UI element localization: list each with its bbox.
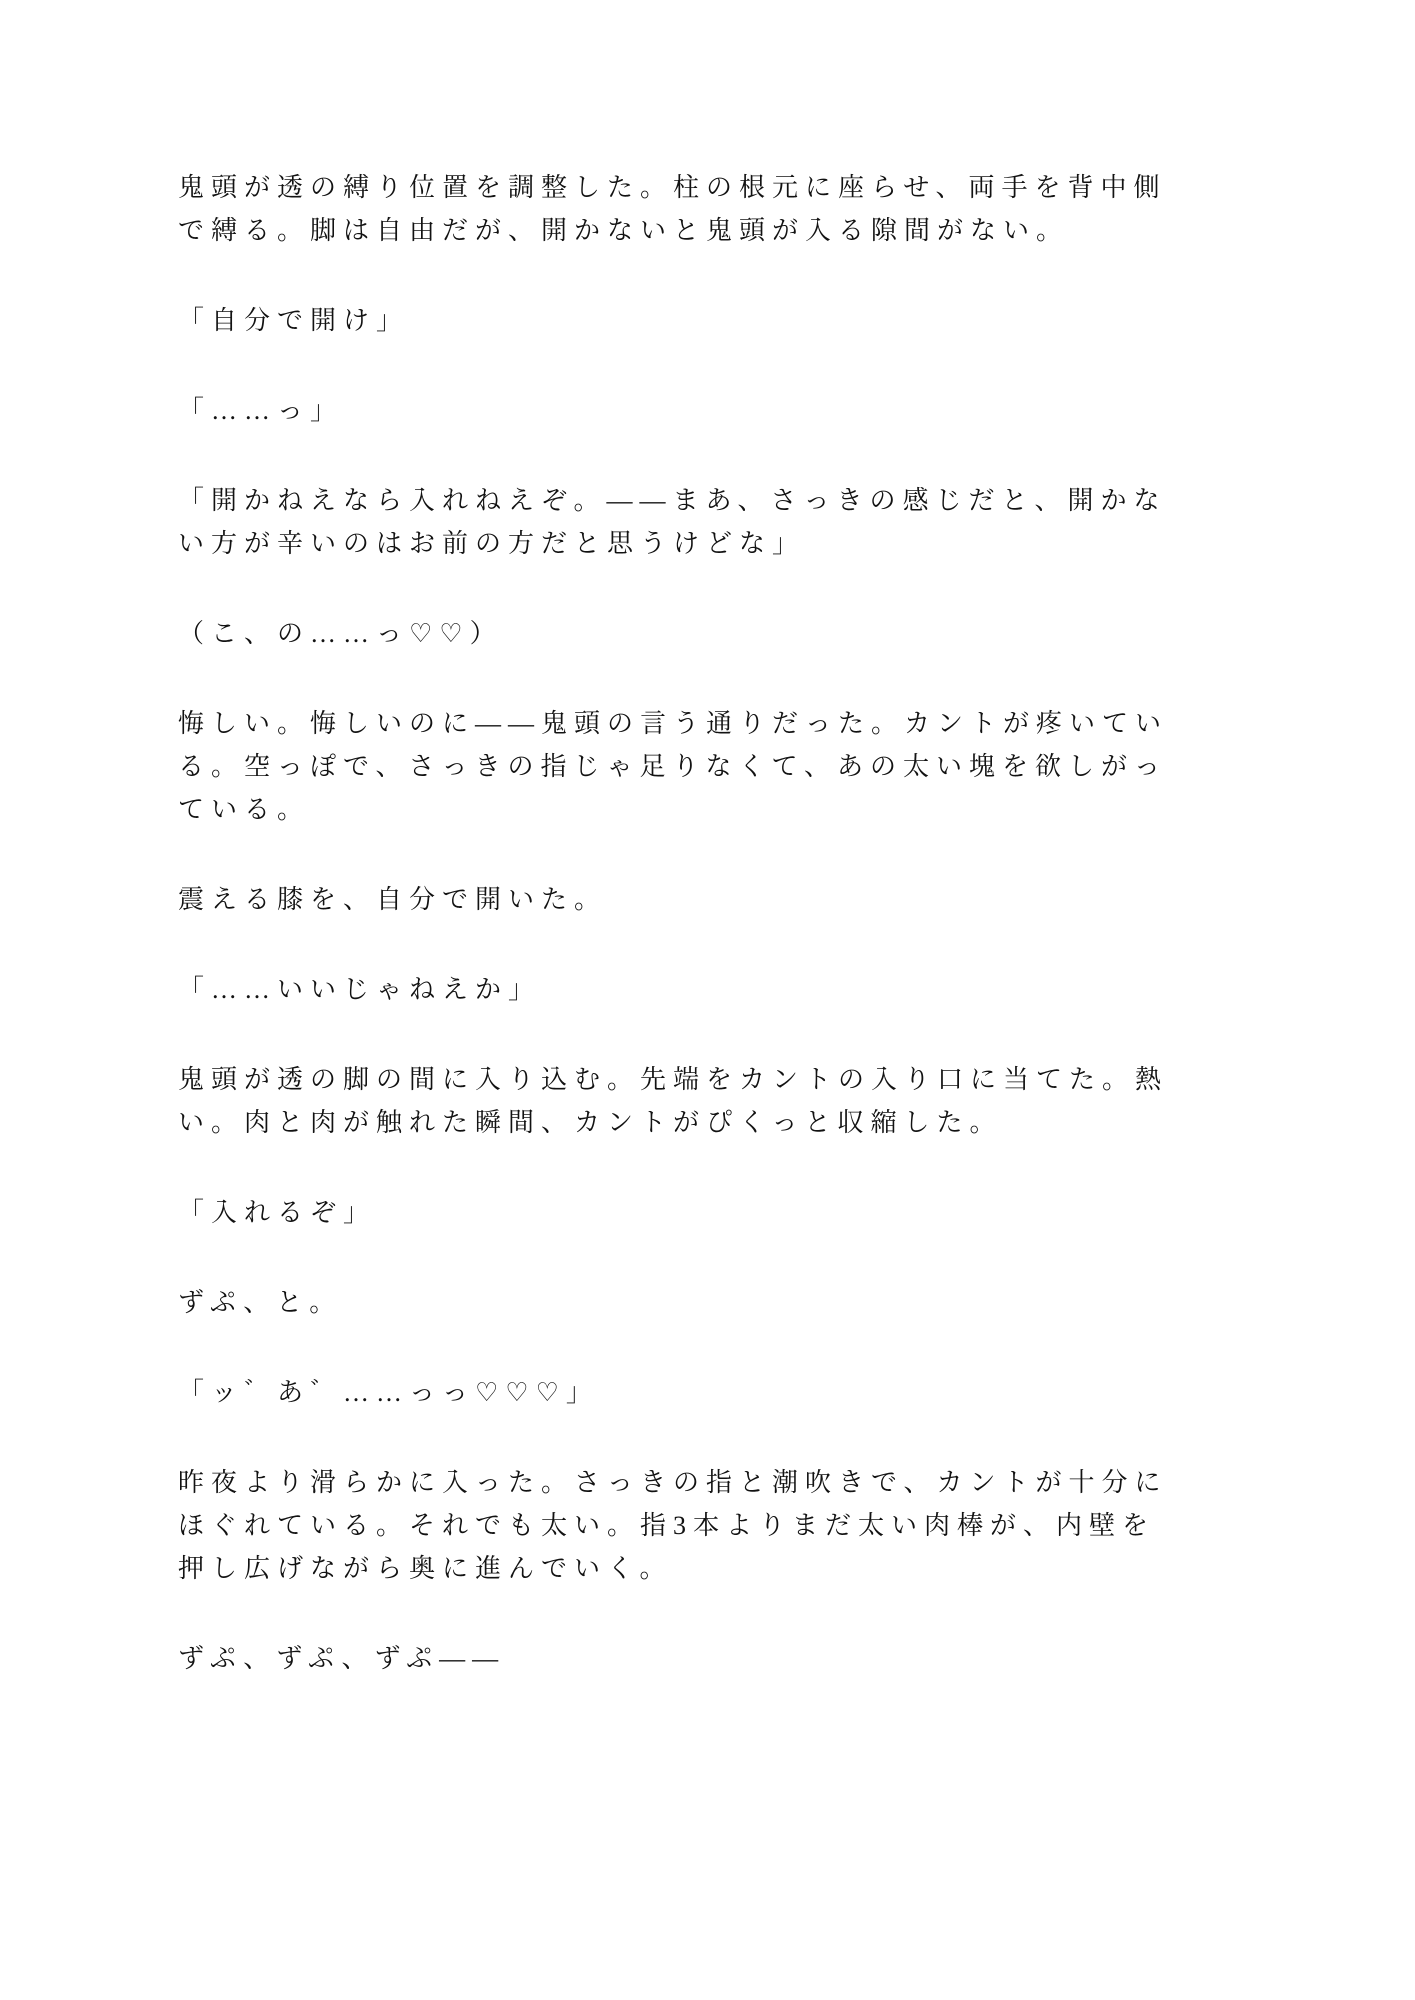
narration-paragraph: 鬼頭が透の脚の間に入り込む。先端をカントの入り口に当てた。熱い。肉と肉が触れた瞬… (178, 1058, 1178, 1144)
dialogue-line: 「開かねえなら入れねえぞ。――まあ、さっきの感じだと、開かない方が辛いのはお前の… (178, 479, 1178, 565)
sfx-line: ずぷ、ずぷ、ずぷ―― (178, 1637, 1178, 1680)
document-page: 鬼頭が透の縛り位置を調整した。柱の根元に座らせ、両手を背中側で縛る。脚は自由だが… (0, 0, 1415, 2000)
sfx-line: ずぷ、と。 (178, 1281, 1178, 1324)
dialogue-line: 「……っ」 (178, 389, 1178, 432)
dialogue-line: 「入れるぞ」 (178, 1191, 1178, 1234)
dialogue-line: 「ッ゛あ゛……っっ♡♡♡」 (178, 1371, 1178, 1414)
dialogue-line: 「自分で開け」 (178, 299, 1178, 342)
narration-paragraph: 震える膝を、自分で開いた。 (178, 878, 1178, 921)
dialogue-line: 「……いいじゃねえか」 (178, 968, 1178, 1011)
narration-paragraph: 昨夜より滑らかに入った。さっきの指と潮吹きで、カントが十分にほぐれている。それで… (178, 1461, 1178, 1590)
narration-paragraph: 悔しい。悔しいのに――鬼頭の言う通りだった。カントが疼いている。空っぽで、さっき… (178, 702, 1178, 831)
text-block: 鬼頭が透の縛り位置を調整した。柱の根元に座らせ、両手を背中側で縛る。脚は自由だが… (178, 166, 1415, 1680)
narration-paragraph: 鬼頭が透の縛り位置を調整した。柱の根元に座らせ、両手を背中側で縛る。脚は自由だが… (178, 166, 1178, 252)
thought-line: （こ、の……っ♡♡） (178, 612, 1178, 655)
